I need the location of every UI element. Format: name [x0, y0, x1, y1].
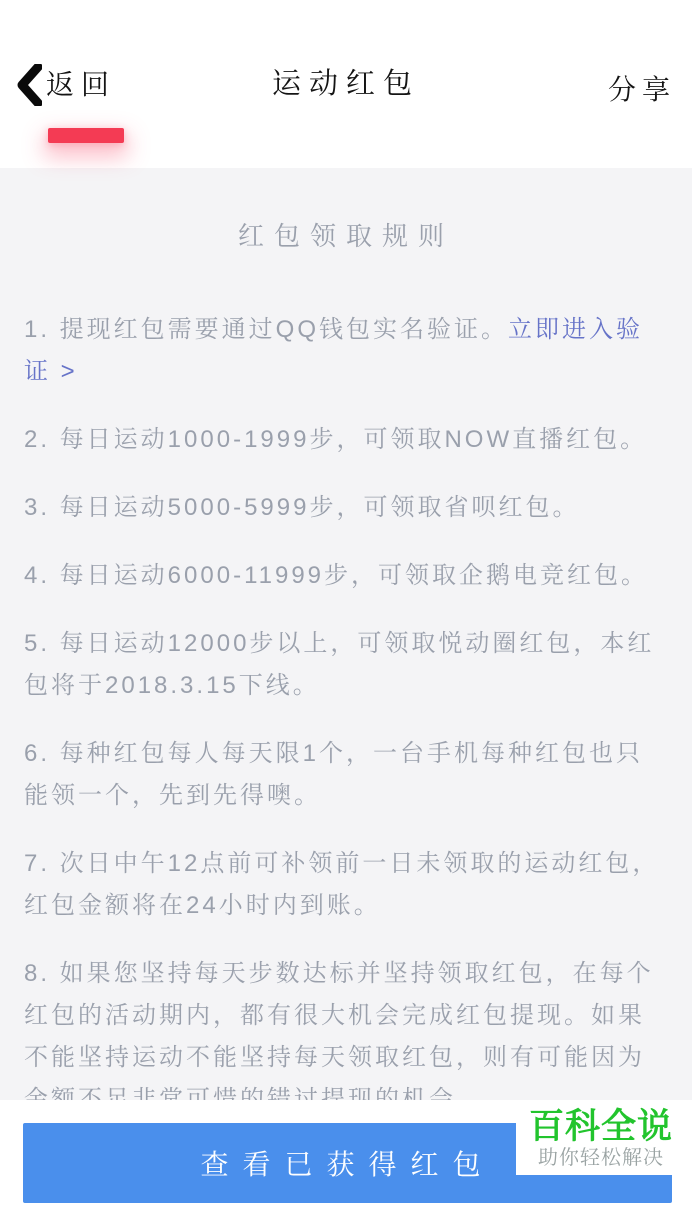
rule-paragraph: 4. 每日运动6000-11999步，可领取企鹅电竞红包。 — [24, 555, 668, 597]
footer-bar: 查看已获得红包 百科全说 助你轻松解决 — [0, 1100, 692, 1230]
navigation-bar: 返回 运动红包 分享 — [0, 0, 692, 128]
share-button[interactable]: 分享 — [608, 76, 676, 106]
rule-text: 5. 每日运动12000步以上，可领取悦动圈红包，本红包将于2018.3.15下… — [24, 630, 654, 699]
rule-paragraph: 3. 每日运动5000-5999步，可领取省呗红包。 — [24, 487, 668, 529]
rule-text: 3. 每日运动5000-5999步，可领取省呗红包。 — [24, 494, 579, 521]
banner-red-bar — [48, 128, 124, 143]
rule-text: 2. 每日运动1000-1999步，可领取NOW直播红包。 — [24, 426, 647, 453]
watermark-logo-text: 百科全说 — [529, 1109, 673, 1146]
back-chevron-icon — [16, 64, 42, 106]
rules-list: 1. 提现红包需要通过QQ钱包实名验证。立即进入验证 >2. 每日运动1000-… — [24, 309, 668, 1100]
rule-paragraph: 1. 提现红包需要通过QQ钱包实名验证。立即进入验证 > — [24, 309, 668, 393]
rules-title: 红包领取规则 — [24, 216, 668, 253]
back-button[interactable]: 返回 — [16, 64, 116, 106]
rule-text: 7. 次日中午12点前可补领前一日未领取的运动红包，红包金额将在24小时内到账。 — [24, 850, 659, 919]
rule-text: 8. 如果您坚持每天步数达标并坚持领取红包，在每个红包的活动期内，都有很大机会完… — [24, 960, 654, 1100]
rule-paragraph: 2. 每日运动1000-1999步，可领取NOW直播红包。 — [24, 419, 668, 461]
rule-text: 6. 每种红包每人每天限1个，一台手机每种红包也只能领一个，先到先得噢。 — [24, 740, 643, 809]
banner-strip — [0, 128, 692, 168]
back-label: 返回 — [46, 71, 116, 99]
rule-paragraph: 6. 每种红包每人每天限1个，一台手机每种红包也只能领一个，先到先得噢。 — [24, 733, 668, 817]
watermark-box: 百科全说 助你轻松解决 — [516, 1103, 686, 1175]
rules-panel: 红包领取规则 1. 提现红包需要通过QQ钱包实名验证。立即进入验证 >2. 每日… — [0, 168, 692, 1100]
rule-paragraph: 5. 每日运动12000步以上，可领取悦动圈红包，本红包将于2018.3.15下… — [24, 623, 668, 707]
rule-paragraph: 7. 次日中午12点前可补领前一日未领取的运动红包，红包金额将在24小时内到账。 — [24, 843, 668, 927]
rule-text: 4. 每日运动6000-11999步，可领取企鹅电竞红包。 — [24, 562, 648, 589]
rule-paragraph: 8. 如果您坚持每天步数达标并坚持领取红包，在每个红包的活动期内，都有很大机会完… — [24, 953, 668, 1100]
watermark-slogan: 助你轻松解决 — [538, 1147, 664, 1169]
rule-text: 1. 提现红包需要通过QQ钱包实名验证。 — [24, 316, 508, 343]
app-screen: 返回 运动红包 分享 红包领取规则 1. 提现红包需要通过QQ钱包实名验证。立即… — [0, 0, 692, 1230]
